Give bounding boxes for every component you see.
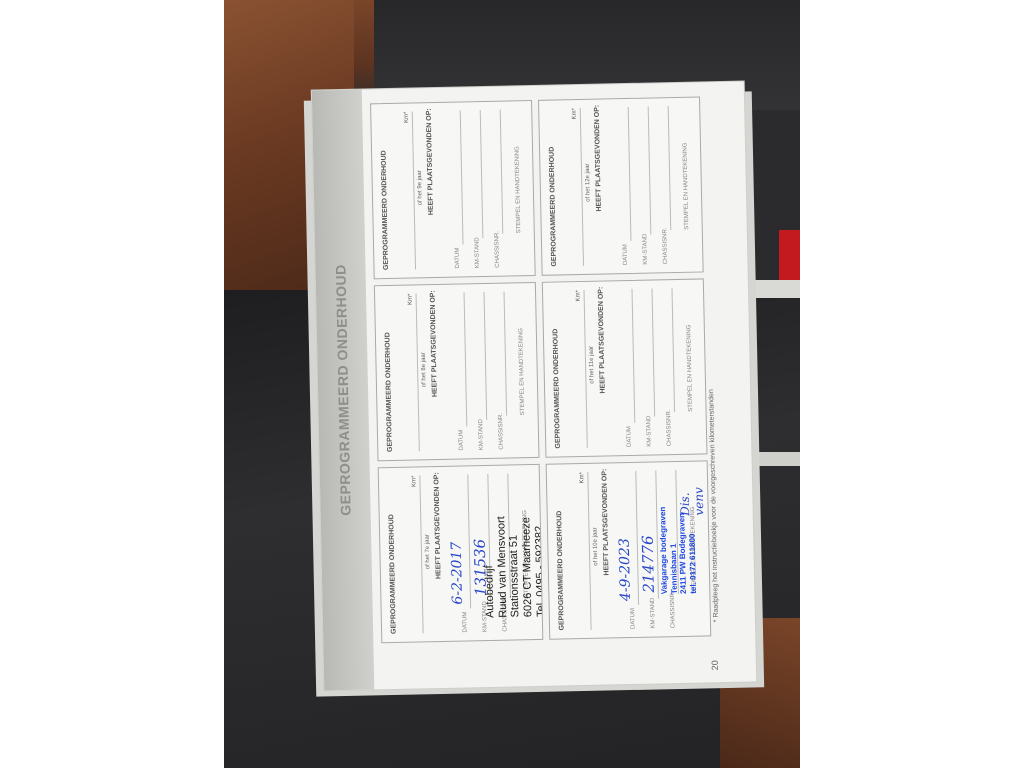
km-stand-label: KM-STAND [650,598,657,629]
chassis-label: CHASSISNR. [670,591,677,628]
card-title: GEPROGRAMMEERD ONDERHOUD [556,511,566,631]
stamp-sign-label: STEMPEL EN HANDTEKENING [686,325,694,412]
chassis-label: CHASSISNR. [498,413,505,450]
interval-label: of het 12e jaar [585,163,592,201]
found-label: HEEFT PLAATSGEVONDEN OP: [429,290,438,397]
maintenance-card: GEPROGRAMMEERD ONDERHOUDKm*of het 7e jaa… [378,464,544,643]
date-label: DATUM [626,426,632,447]
divider [580,108,584,266]
found-label: HEEFT PLAATSGEVONDEN OP: [601,469,610,576]
date-label: DATUM [623,244,629,265]
date-label: DATUM [458,430,464,451]
spine-title: GEPROGRAMMEERD ONDERHOUD [332,264,353,516]
card-title: GEPROGRAMMEERD ONDERHOUD [548,147,558,267]
handwritten-date: 6-2-2017 [449,542,466,605]
card-content: GEPROGRAMMEERD ONDERHOUDKm*of het 8e jaa… [377,285,536,458]
chassis-label: CHASSISNR. [666,409,673,446]
stamp-line: 2411 PW Bodegraven [677,506,688,594]
date-line [628,107,632,241]
maintenance-card: GEPROGRAMMEERD ONDERHOUDKm*of het 11e ja… [542,278,708,457]
card-title: GEPROGRAMMEERD ONDERHOUD [552,329,562,449]
interval-label: of het 10e jaar [592,527,599,565]
divider [412,111,416,269]
found-label: HEEFT PLAATSGEVONDEN OP: [594,105,603,212]
garage-stamp: Vakgarage bodegravenTennisbaan 12411 PW … [658,506,698,594]
maintenance-card: GEPROGRAMMEERD ONDERHOUDKm*of het 9e jaa… [370,100,536,279]
stamp-line: tel. 0172 611800 [687,506,698,594]
km-line [480,110,484,238]
interval-label: of het 8e jaar [421,352,428,387]
date-line [460,110,464,244]
signature: Dis. venv [677,463,706,516]
page-number: 20 [710,660,720,670]
chassis-label: CHASSISNR. [662,227,669,264]
handwritten-date: 4-9-2023 [617,538,634,601]
card-title: GEPROGRAMMEERD ONDERHOUD [384,332,394,452]
maintenance-grid: GEPROGRAMMEERD ONDERHOUDKm*of het 9e jaa… [370,96,711,643]
stamp-sign-label: STEMPEL EN HANDTEKENING [514,146,522,233]
stamp-line: Tel. 0495 - 592382 [533,515,544,617]
chassis-line [671,288,675,412]
red-emblem [779,230,800,280]
km-line [648,107,652,235]
chassis-label: CHASSISNR. [494,231,501,268]
km-label: Km* [576,290,582,301]
card-title: GEPROGRAMMEERD ONDERHOUD [388,514,398,634]
chassis-line [668,106,672,230]
garage-stamp: AutobedrijfRuud van MensvoortStationsstr… [482,515,543,618]
service-booklet: GEPROGRAMMEERD ONDERHOUD GEPROGRAMMEERD … [312,82,756,691]
km-line [484,292,488,420]
card-content: GEPROGRAMMEERD ONDERHOUDKm*of het 7e jaa… [381,467,540,640]
km-label: Km* [579,472,585,483]
km-stand-label: KM-STAND [646,416,653,447]
km-stand-label: KM-STAND [478,419,485,450]
found-label: HEEFT PLAATSGEVONDEN OP: [426,108,435,215]
divider [583,290,587,448]
card-content: GEPROGRAMMEERD ONDERHOUDKm*of het 9e jaa… [374,103,533,276]
km-label: Km* [411,475,417,486]
stamp-sign-label: STEMPEL EN HANDTEKENING [682,143,690,230]
date-line [464,292,468,426]
handwritten-km: 214776 [639,535,658,593]
divider [587,472,591,630]
km-stand-label: KM-STAND [642,234,649,265]
km-stand-label: KM-STAND [474,237,481,268]
interval-label: of het 7e jaar [425,534,432,569]
stamp-line: Vakgarage bodegraven [658,507,669,595]
km-label: Km* [404,112,410,123]
maintenance-card: GEPROGRAMMEERD ONDERHOUDKm*of het 8e jaa… [374,282,540,461]
maintenance-card: GEPROGRAMMEERD ONDERHOUDKm*of het 12e ja… [538,96,704,275]
found-label: HEEFT PLAATSGEVONDEN OP: [597,287,606,394]
card-content: GEPROGRAMMEERD ONDERHOUDKm*of het 12e ja… [542,100,701,273]
card-content: GEPROGRAMMEERD ONDERHOUDKm*of het 11e ja… [545,281,704,454]
card-title: GEPROGRAMMEERD ONDERHOUD [381,150,391,270]
chassis-line [504,292,508,416]
interval-label: of het 9e jaar [417,170,424,205]
card-content: GEPROGRAMMEERD ONDERHOUDKm*of het 10e ja… [549,463,708,636]
maintenance-card: GEPROGRAMMEERD ONDERHOUDKm*of het 10e ja… [546,460,712,639]
stamp-sign-label: STEMPEL EN HANDTEKENING [518,328,526,415]
found-label: HEEFT PLAATSGEVONDEN OP: [433,472,442,579]
date-label: DATUM [630,608,636,629]
date-label: DATUM [462,612,468,633]
km-line [651,288,655,416]
km-label: Km* [408,294,414,305]
divider [419,475,423,633]
stamp-line: Ruud van Mensvoort [495,516,510,618]
interval-label: of het 11e jaar [589,346,596,384]
divider [416,293,420,451]
date-line [631,289,635,423]
date-label: DATUM [455,248,461,269]
chassis-line [500,110,504,234]
km-label: Km* [572,108,578,119]
